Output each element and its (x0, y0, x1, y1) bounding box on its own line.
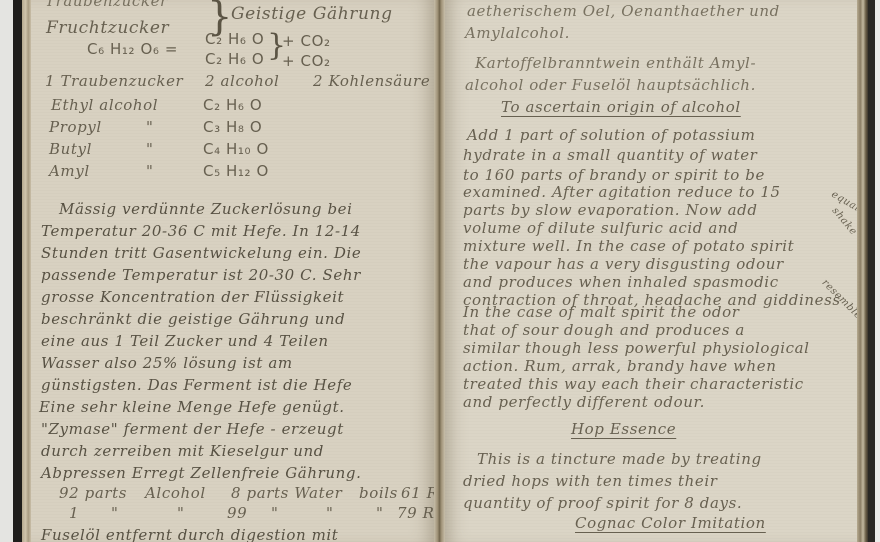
background-left (0, 0, 13, 542)
alcohol-ditto: " (146, 162, 154, 180)
paragraph-line: quantity of proof spirit for 8 days. (463, 494, 742, 512)
alcohol-name: Propyl (49, 118, 102, 136)
paragraph-line: hydrate in a small quantity of water (463, 146, 757, 164)
paragraph-line: treated this way each their characterist… (463, 375, 804, 393)
boil-row2-a: 1 (69, 504, 79, 522)
paragraph-line: examined. After agitation reduce to 15 (463, 183, 781, 201)
alcohol-name: Ethyl alcohol (51, 96, 158, 114)
paragraph-line: günstigsten. Das Ferment ist die Hefe (41, 376, 352, 394)
paragraph-line: the vapour has a very disgusting odour (463, 255, 784, 273)
paragraph-line: Temperatur 20-36 C mit Hefe. In 12-14 (41, 222, 361, 240)
boil-temp-2: 79 R (397, 504, 434, 522)
boil-temp-1: 61 R (401, 484, 434, 502)
formula-co2-1: + CO₂ (282, 32, 331, 50)
line-traubenzucker: Traubenzucker (45, 0, 168, 10)
boil-parts-water: 8 parts Water (231, 484, 342, 502)
paragraph-line: parts by slow evaporation. Now add (463, 201, 758, 219)
alcohol-formula: C₃ H₈ O (203, 118, 262, 136)
alcohol-formula: C₅ H₁₂ O (203, 162, 269, 180)
page-edges-left (22, 0, 31, 542)
boil-row2-c2: 99 (227, 504, 247, 522)
paragraph-line: dried hops with ten times their (463, 472, 718, 490)
alcohol-formula: C₂ H₆ O (203, 96, 262, 114)
paragraph-line: that of sour dough and produces a (463, 321, 745, 339)
heading-origin-of-alcohol: To ascertain origin of alcohol (501, 98, 741, 116)
heading-hop-essence: Hop Essence (571, 420, 676, 438)
formula-ethanol-1: C₂ H₆ O (205, 30, 264, 48)
alcohol-ditto: " (146, 118, 154, 136)
paragraph-line: and perfectly different odour. (463, 393, 705, 411)
book-cover-left (13, 0, 22, 542)
paragraph-line: This is a tincture made by treating (477, 450, 762, 468)
paragraph-line: Stunden tritt Gasentwickelung ein. Die (41, 244, 361, 262)
formula-ethanol-2: C₂ H₆ O (205, 50, 264, 68)
paragraph-line: to 160 parts of brandy or spirit to be (463, 166, 765, 184)
line-geistige-gaehrung: Geistige Gährung (231, 4, 393, 24)
paragraph-line: "Zymase" ferment der Hefe - erzeugt (41, 420, 344, 438)
paragraph-line: Add 1 part of solution of potassium (467, 126, 755, 144)
left-page: Traubenzucker Fruchtzucker } Geistige Gä… (31, 0, 434, 542)
paragraph-line: eine aus 1 Teil Zucker und 4 Teilen (41, 332, 329, 350)
text-line: alcohol oder Fuselöl hauptsächlich. (465, 76, 756, 94)
paragraph-line: volume of dilute sulfuric acid and (463, 219, 738, 237)
paragraph-line-fuseloel: Fuselöl entfernt durch digestion mit (41, 526, 338, 542)
alcohol-name: Amyl (49, 162, 90, 180)
boil-row2-d2: " (326, 504, 334, 522)
paragraph-line: beschränkt die geistige Gährung und (41, 310, 345, 328)
boil-row2-d: " (271, 504, 279, 522)
paragraph-line: Abpressen Erregt Zellenfreie Gährung. (41, 464, 361, 482)
heading-cognac-color-imitation: Cognac Color Imitation (575, 514, 766, 532)
book-gutter (434, 0, 445, 542)
text-line: aetherischem Oel, Oenanthaether und (467, 2, 780, 20)
paragraph-line: Wasser also 25% lösung ist am (41, 354, 293, 372)
page-edges-right (857, 0, 868, 542)
text-line: Amylalcohol. (465, 24, 570, 42)
boil-alcohol-label: Alcohol (145, 484, 206, 502)
line-fruchtzucker: Fruchtzucker (46, 18, 169, 38)
boil-parts-alcohol: 92 parts (59, 484, 127, 502)
paragraph-line: passende Temperatur ist 20-30 C. Sehr (41, 266, 361, 284)
paragraph-line: durch zerreiben mit Kieselgur und (41, 442, 324, 460)
alcohol-ditto: " (146, 140, 154, 158)
paragraph-line: similar though less powerful physiologic… (463, 339, 810, 357)
paragraph-line: Eine sehr kleine Menge Hefe genügt. (39, 398, 345, 416)
boil-row2-d3: " (376, 504, 384, 522)
boil-row2-b: " (111, 504, 119, 522)
alcohol-formula: C₄ H₁₀ O (203, 140, 269, 158)
paragraph-line: and produces when inhaled spasmodic (463, 273, 779, 291)
paragraph-line: Mässig verdünnte Zuckerlösung bei (59, 200, 353, 218)
paragraph-line: mixture well. In the case of potato spir… (463, 237, 794, 255)
line-2-kohlensaeure: 2 Kohlensäure (313, 72, 430, 90)
formula-glucose: C₆ H₁₂ O₆ = (87, 40, 178, 58)
alcohol-name: Butyl (49, 140, 92, 158)
paragraph-line: action. Rum, arrak, brandy have when (463, 357, 777, 375)
paragraph-line: grosse Koncentration der Flüssigkeit (41, 288, 344, 306)
line-1-traubenzucker: 1 Traubenzucker (45, 72, 183, 90)
boil-row2-c: " (177, 504, 185, 522)
text-line: Kartoffelbranntwein enthält Amyl- (475, 54, 756, 72)
background-right (875, 0, 880, 542)
formula-co2-2: + CO₂ (282, 52, 331, 70)
line-2-alcohol: 2 alcohol (205, 72, 279, 90)
boil-boils-label: boils (359, 484, 398, 502)
book-cover-right (868, 0, 875, 542)
paragraph-line: In the case of malt spirit the odor (463, 303, 740, 321)
right-page: aetherischem Oel, Oenanthaether und Amyl… (445, 0, 857, 542)
